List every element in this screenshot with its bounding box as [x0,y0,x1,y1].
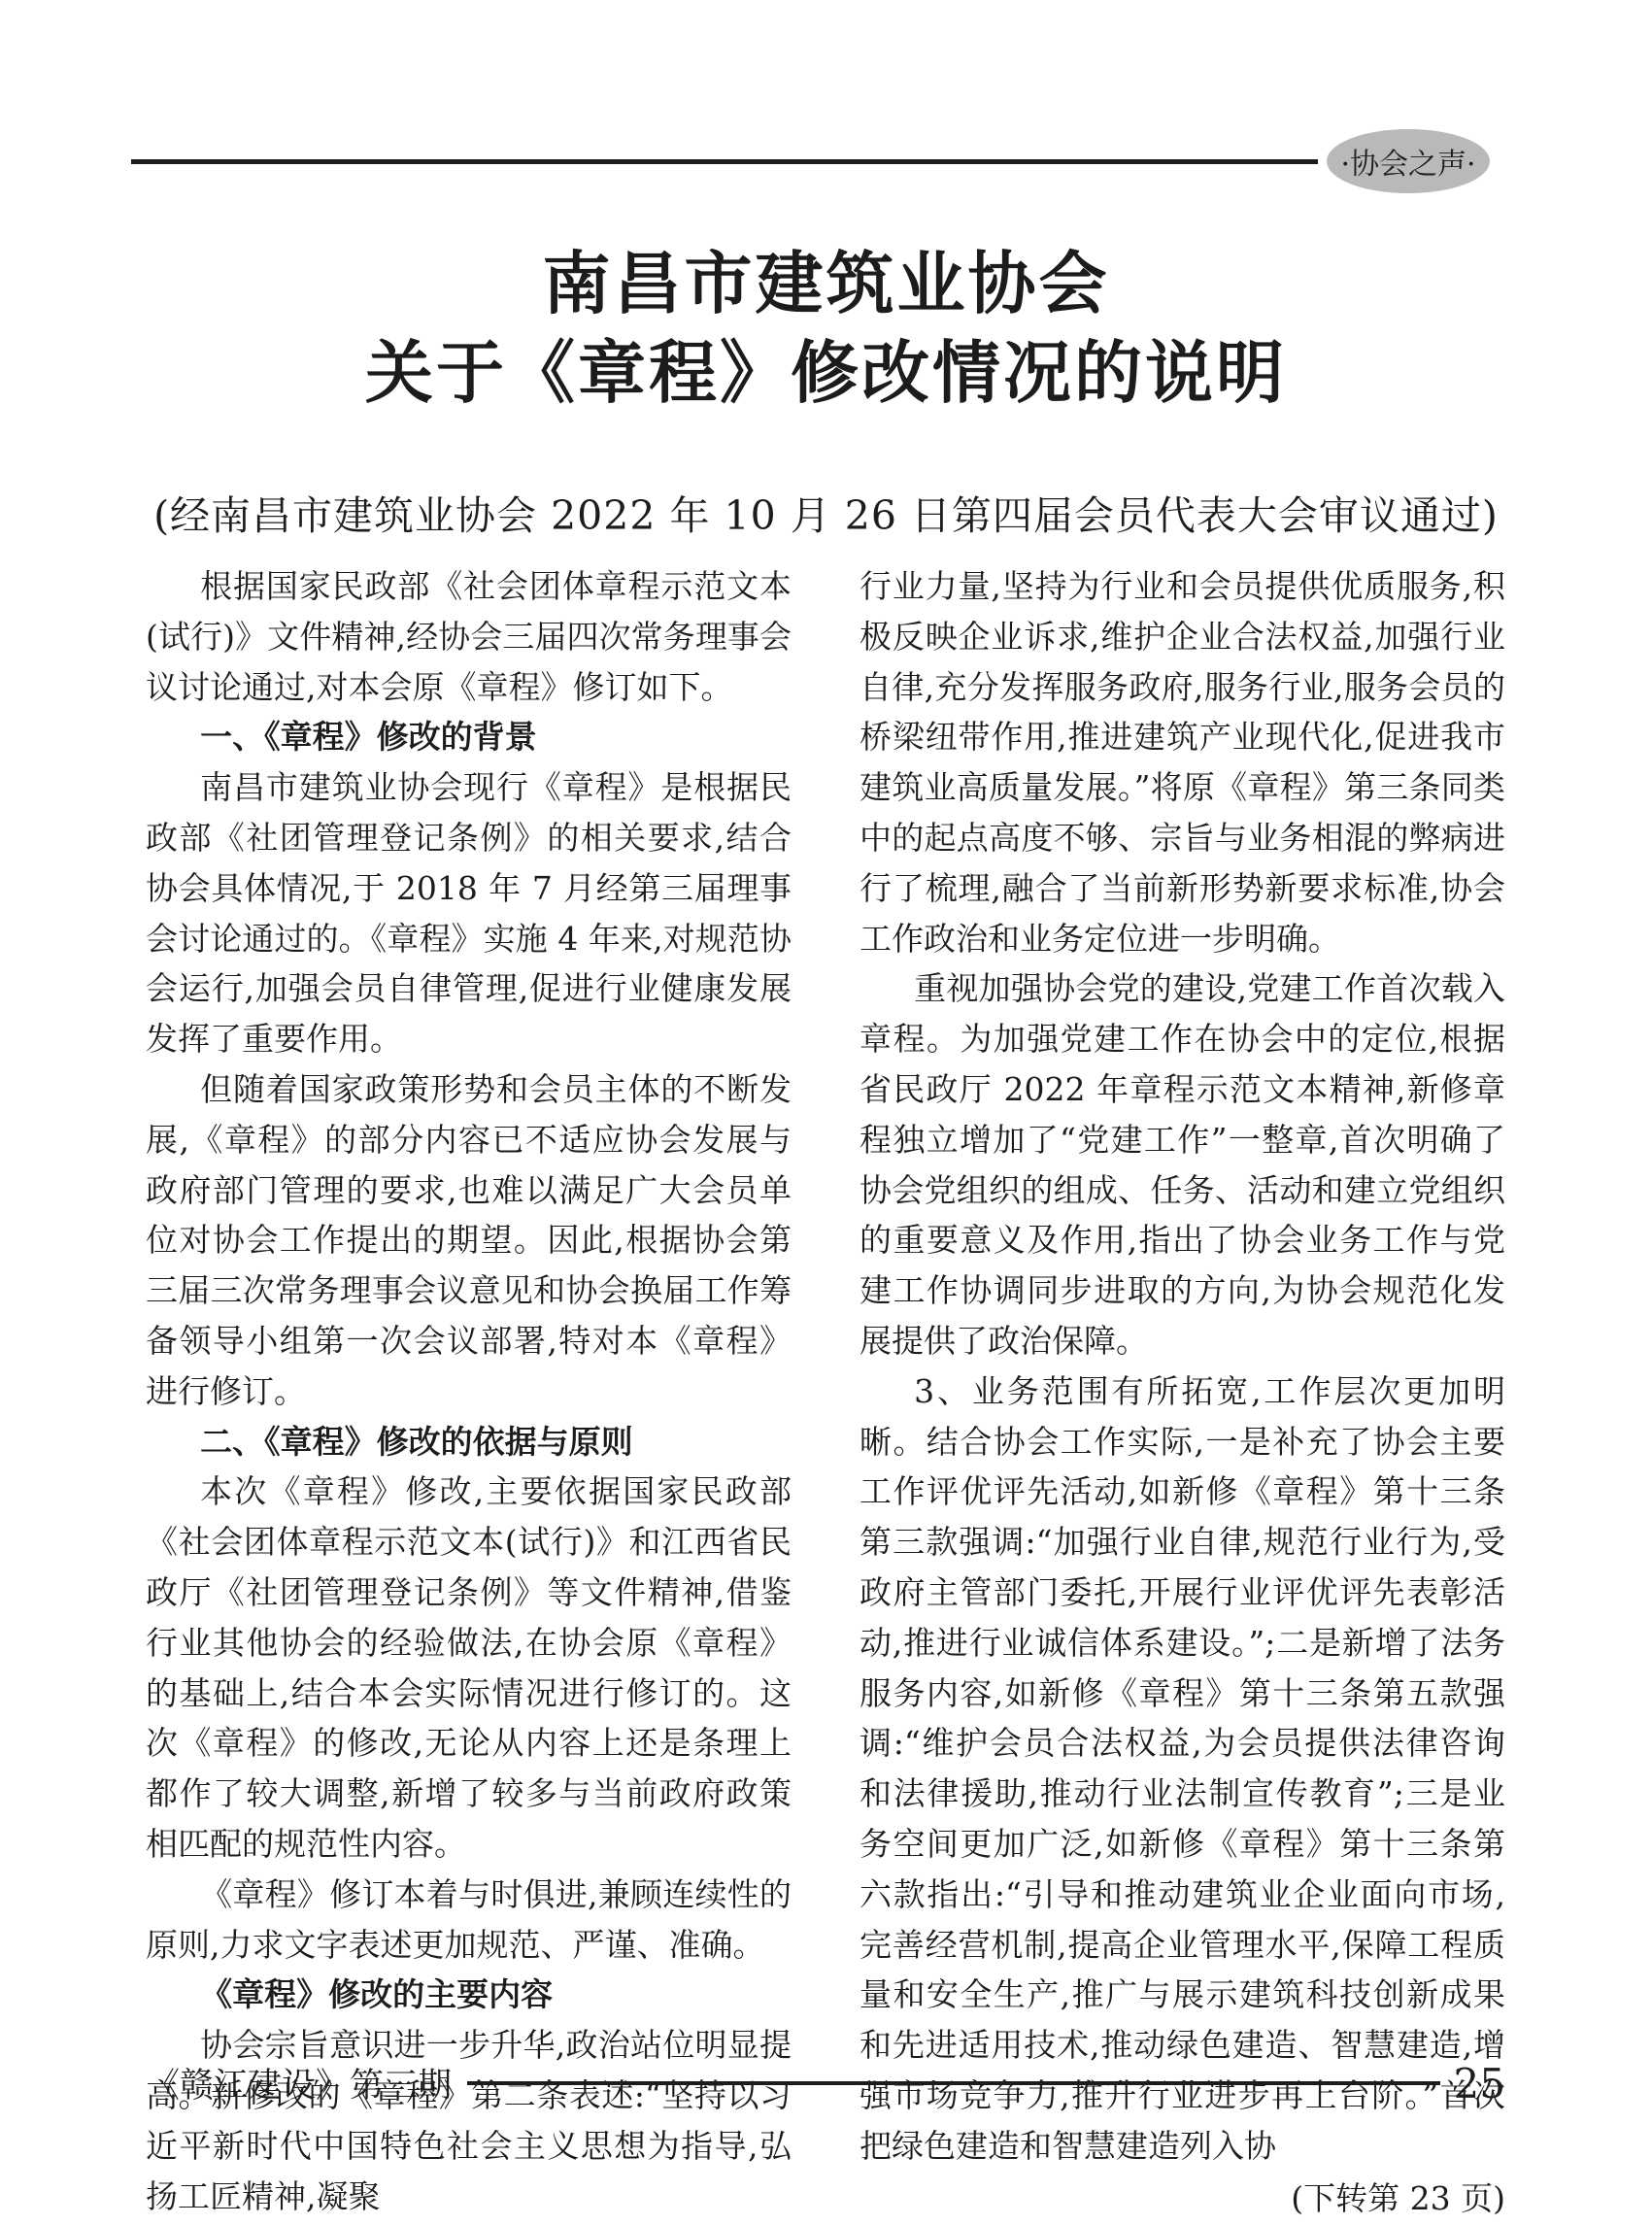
paragraph: 但随着国家政策形势和会员主体的不断发展,《章程》的部分内容已不适应协会发展与政府… [146,1064,792,1417]
paragraph: 《章程》修订本着与时俱进,兼顾连续性的原则,力求文字表述更加规范、严谨、准确。 [146,1870,792,1971]
column-left: 根据国家民政部《社会团体章程示范文本(试行)》文件精神,经协会三届四次常务理事会… [146,561,792,2223]
section-badge: ·协会之声· [1327,129,1490,193]
paragraph: 重视加强协会党的建设,党建工作首次载入章程。为加强党建工作在协会中的定位,根据省… [860,963,1505,1365]
article-body: 根据国家民政部《社会团体章程示范文本(试行)》文件精神,经协会三届四次常务理事会… [146,561,1505,2223]
paragraph: 3、业务范围有所拓宽,工作层次更加明晰。结合协会工作实际,一是补充了协会主要工作… [860,1366,1505,2172]
page-number: 25 [1454,2060,1505,2107]
continued-on-note: (下转第 23 页) [860,2174,1505,2224]
article-title-line1: 南昌市建筑业协会 [0,239,1652,328]
paragraph: 协会宗旨意识进一步升华,政治站位明显提高。新修改的《章程》第二条表述:“坚持以习… [146,2020,792,2221]
header-rule [131,159,1318,164]
section-heading: 二、《章程》修改的依据与原则 [146,1417,792,1467]
column-right: 行业力量,坚持为行业和会员提供优质服务,积极反映企业诉求,维护企业合法权益,加强… [860,561,1505,2223]
section-heading: 《章程》修改的主要内容 [146,1970,792,2020]
journal-name: 《赣江建设》第三期 [146,2059,452,2107]
section-heading: 一、《章程》修改的背景 [146,712,792,762]
article-title-line2: 关于《章程》修改情况的说明 [0,328,1652,418]
paragraph: 南昌市建筑业协会现行《章程》是根据民政部《社团管理登记条例》的相关要求,结合协会… [146,762,792,1064]
magazine-page: ·协会之声· 南昌市建筑业协会 关于《章程》修改情况的说明 (经南昌市建筑业协会… [0,0,1652,2225]
section-badge-label: ·协会之声· [1340,140,1475,183]
paragraph: 行业力量,坚持为行业和会员提供优质服务,积极反映企业诉求,维护企业合法权益,加强… [860,561,1505,963]
footer-rule [467,2081,1440,2085]
approval-note: (经南昌市建筑业协会 2022 年 10 月 26 日第四届会员代表大会审议通过… [0,484,1652,541]
article-title: 南昌市建筑业协会 关于《章程》修改情况的说明 [0,239,1652,419]
paragraph: 本次《章程》修改,主要依据国家民政部《社会团体章程示范文本(试行)》和江西省民政… [146,1466,792,1869]
page-footer: 《赣江建设》第三期 25 [146,2059,1505,2107]
paragraph: 根据国家民政部《社会团体章程示范文本(试行)》文件精神,经协会三届四次常务理事会… [146,561,792,712]
